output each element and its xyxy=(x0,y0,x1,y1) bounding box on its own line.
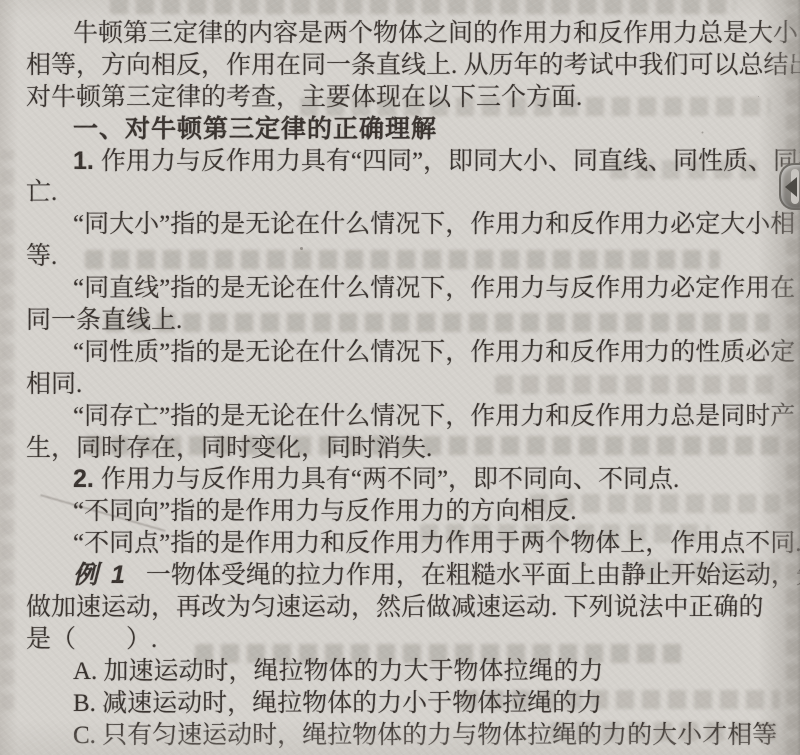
line-text: 做加速运动，再改为匀速运动，然后做减速运动. 下列说法中正确的 xyxy=(26,594,764,621)
text-line: 同一条直线上. xyxy=(26,305,778,337)
document-text: 牛顿第三定律的内容是两个物体之间的作用力和反作用力总是大小相等，方向相反，作用在… xyxy=(26,18,778,751)
text-line: “同存亡”指的是无论在什么情况下，作用力和反作用力总是同时产 xyxy=(26,401,778,433)
line-text: 相同. xyxy=(26,371,82,398)
line-text: 作用力与反作用力具有“两不同”，即不同向、不同点. xyxy=(101,466,679,493)
text-line: 相同. xyxy=(26,369,778,401)
line-text: “同存亡”指的是无论在什么情况下，作用力和反作用力总是同时产 xyxy=(73,403,795,430)
text-line: “不同向”指的是作用力与反作用力的方向相反. xyxy=(26,496,778,528)
line-text: A. 加速运动时，绳拉物体的力大于物体拉绳的力 xyxy=(73,658,604,685)
text-line: “不同点”指的是作用力和反作用力作用于两个物体上，作用点不同. xyxy=(26,528,778,560)
line-text: 亡. xyxy=(26,179,57,206)
text-line: “同直线”指的是无论在什么情况下，作用力与反作用力必定作用在 xyxy=(26,273,778,305)
text-line: 对牛顿第三定律的考查，主要体现在以下三个方面. xyxy=(26,82,778,114)
line-text: 同一条直线上. xyxy=(26,307,182,334)
scan-noise-specks xyxy=(0,0,3,3)
text-line: “同性质”指的是无论在什么情况下，作用力和反作用力的性质必定 xyxy=(26,337,778,369)
text-line: 等. xyxy=(26,241,778,273)
line-text: 一物体受绳的拉力作用，在粗糙水平面上由静止开始运动，先 xyxy=(146,562,800,589)
text-line: B. 减速运动时，绳拉物体的力小于物体拉绳的力 xyxy=(26,688,778,720)
text-line: 例 1一物体受绳的拉力作用，在粗糙水平面上由静止开始运动，先 xyxy=(26,560,778,592)
line-text: 牛顿第三定律的内容是两个物体之间的作用力和反作用力总是大小 xyxy=(73,20,798,47)
list-number: 1. xyxy=(73,146,94,178)
line-text: B. 减速运动时，绳拉物体的力小于物体拉绳的力 xyxy=(73,690,602,717)
text-line: 生，同时存在，同时变化，同时消失. xyxy=(26,433,778,465)
chevron-left-icon xyxy=(785,177,797,197)
text-line: A. 加速运动时，绳拉物体的力大于物体拉绳的力 xyxy=(26,656,778,688)
line-text: C. 只有匀速运动时，绳拉物体的力与物体拉绳的力的大小才相等 xyxy=(73,722,777,749)
line-text: “不同向”指的是作用力与反作用力的方向相反. xyxy=(73,498,576,525)
list-number: 2. xyxy=(73,464,94,496)
line-text: “同性质”指的是无论在什么情况下，作用力和反作用力的性质必定 xyxy=(73,339,795,366)
line-text: “同大小”指的是无论在什么情况下，作用力和反作用力必定大小相 xyxy=(73,211,795,238)
example-label: 例 1 xyxy=(73,560,128,592)
page-turn-button[interactable] xyxy=(779,163,800,210)
text-line: 2.作用力与反作用力具有“两不同”，即不同向、不同点. xyxy=(26,464,778,496)
text-line: 牛顿第三定律的内容是两个物体之间的作用力和反作用力总是大小 xyxy=(26,18,778,50)
text-line: 一、对牛顿第三定律的正确理解 xyxy=(26,114,778,146)
line-text: 对牛顿第三定律的考查，主要体现在以下三个方面. xyxy=(26,84,582,111)
line-text: 相等，方向相反，作用在同一条直线上. 从历年的考试中我们可以总结出 xyxy=(26,52,800,79)
line-text: 等. xyxy=(26,243,57,270)
line-text: 作用力与反作用力具有“四同”，即同大小、同直线、同性质、同存 xyxy=(101,148,800,175)
text-line: 做加速运动，再改为匀速运动，然后做减速运动. 下列说法中正确的 xyxy=(26,592,778,624)
text-line: 1.作用力与反作用力具有“四同”，即同大小、同直线、同性质、同存 xyxy=(26,146,778,178)
scanned-textbook-page: 牛顿第三定律的内容是两个物体之间的作用力和反作用力总是大小相等，方向相反，作用在… xyxy=(0,0,800,755)
line-text: “同直线”指的是无论在什么情况下，作用力与反作用力必定作用在 xyxy=(73,275,795,302)
text-line: 是（ ）. xyxy=(26,624,778,656)
text-line: C. 只有匀速运动时，绳拉物体的力与物体拉绳的力的大小才相等 xyxy=(26,720,778,752)
line-text: 生，同时存在，同时变化，同时消失. xyxy=(26,435,432,462)
text-line: 亡. xyxy=(26,177,778,209)
text-line: 相等，方向相反，作用在同一条直线上. 从历年的考试中我们可以总结出 xyxy=(26,50,778,82)
line-text: “不同点”指的是作用力和反作用力作用于两个物体上，作用点不同. xyxy=(73,530,800,557)
text-line: “同大小”指的是无论在什么情况下，作用力和反作用力必定大小相 xyxy=(26,209,778,241)
line-text: 是（ ）. xyxy=(26,626,157,653)
line-text: 一、对牛顿第三定律的正确理解 xyxy=(73,115,437,143)
